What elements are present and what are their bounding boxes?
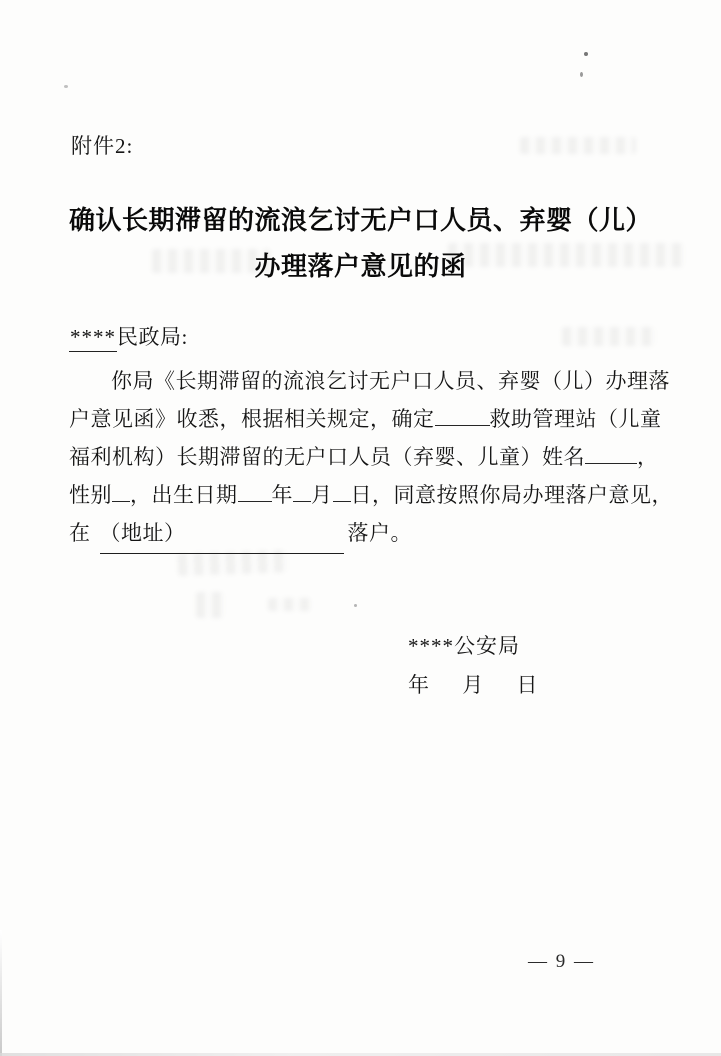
paragraph-line: 你局《长期滞留的流浪乞讨无户口人员、弃婴（儿）办理落 (69, 362, 669, 400)
address-placeholder-label: （地址） (100, 521, 186, 545)
signature-block: ****公安局 年 月 日 (408, 627, 539, 705)
scan-speck (64, 85, 68, 88)
bleedthrough-mark (562, 327, 658, 346)
attachment-label: 附件2: (71, 130, 133, 160)
fill-in-blank-name (585, 442, 637, 464)
salutation: ****民政局: (69, 321, 188, 351)
fill-in-blank-address: （地址） (100, 514, 344, 554)
document-title-line2: 办理落户意见的函 (0, 243, 721, 289)
fill-in-blank-year (238, 480, 272, 502)
scan-edge-left (0, 930, 2, 1056)
bleedthrough-mark (196, 592, 226, 618)
scan-speck (354, 604, 357, 607)
salutation-text: 民政局: (117, 325, 188, 349)
scanned-document-page: 附件2: 确认长期滞留的流浪乞讨无户口人员、弃婴（儿） 办理落户意见的函 ***… (0, 0, 721, 1056)
signature-agency: ****公安局 (408, 627, 539, 666)
paragraph-line: 性别，出生日期年月日，同意按照你局办理落户意见， (69, 476, 669, 514)
salutation-stars-blank: **** (69, 325, 117, 352)
fill-in-blank-gender (112, 480, 130, 502)
fill-in-blank-month (293, 480, 311, 502)
fill-in-blank-day (333, 480, 351, 502)
scan-speck (580, 72, 583, 77)
body-paragraph: 你局《长期滞留的流浪乞讨无户口人员、弃婴（儿）办理落 户意见函》收悉，根据相关规… (69, 362, 669, 552)
paragraph-line: 户意见函》收悉，根据相关规定，确定救助管理站（儿童 (69, 400, 669, 438)
document-title: 确认长期滞留的流浪乞讨无户口人员、弃婴（儿） 办理落户意见的函 (0, 197, 721, 289)
bleedthrough-mark (268, 598, 312, 611)
scan-speck (584, 52, 588, 56)
fill-in-blank-station (435, 404, 490, 426)
page-number: — 9 — (528, 951, 595, 973)
paragraph-line: 在（地址）落户。 (69, 514, 669, 552)
signature-date: 年 月 日 (408, 666, 539, 705)
paragraph-line: 福利机构）长期滞留的无户口人员（弃婴、儿童）姓名， (69, 438, 669, 476)
bleedthrough-mark (520, 137, 636, 154)
document-title-line1: 确认长期滞留的流浪乞讨无户口人员、弃婴（儿） (0, 197, 721, 243)
